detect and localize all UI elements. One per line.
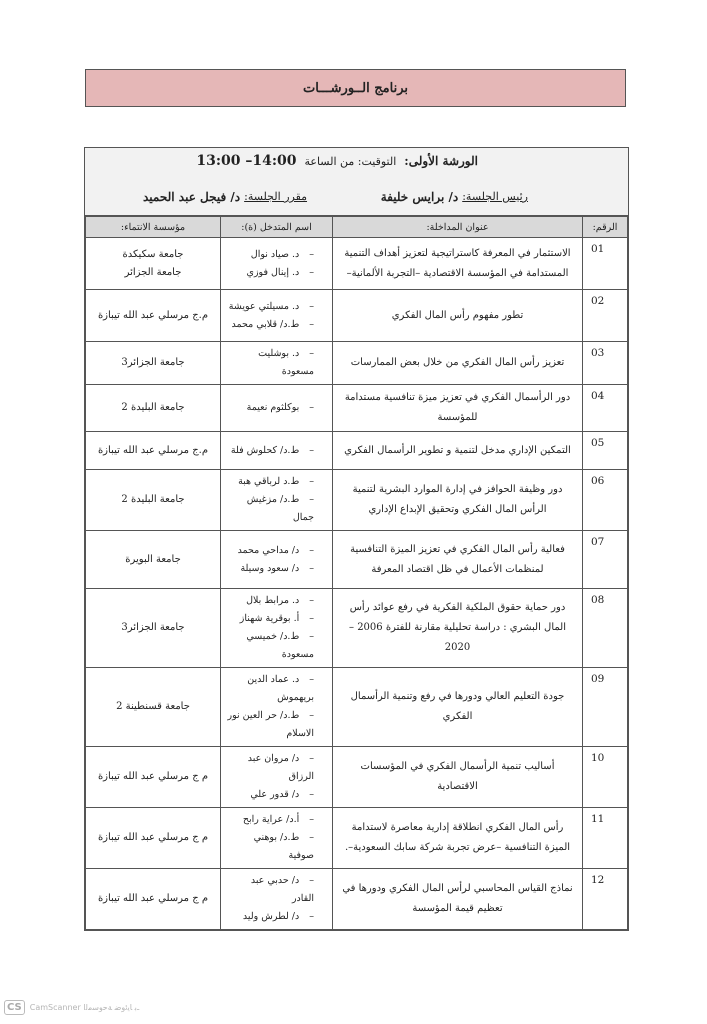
speaker-name: أ.د/ عراية رابح [227, 811, 326, 829]
institution-name: جامعة قسنطينة 2 [92, 698, 214, 716]
institution-cell: جامعة البليدة 2 [86, 385, 221, 432]
row-number: 07 [583, 531, 628, 589]
workshop-sheet: الورشة الأولى: التوقيت: من الساعة 13:00 … [84, 147, 629, 931]
speaker-name: ط.د/ قلابي محمد [227, 316, 326, 334]
chair-name: د/ برايس خليفة [381, 190, 459, 204]
speaker-name: د. بوشليت مسعودة [227, 345, 326, 381]
table-row: 11رأس المال الفكري انطلاقة إدارية معاصرة… [86, 808, 628, 869]
institution-cell: م ج مرسلي عبد الله تيبازة [86, 808, 221, 869]
speaker-name: د. مرابط بلال [227, 592, 326, 610]
table-row: 06دور وظيفة الحوافز في إدارة الموارد الب… [86, 470, 628, 531]
header-institution: مؤسسة الانتماء: [86, 217, 221, 238]
row-number: 06 [583, 470, 628, 531]
institution-name: جامعة سكيكدة [92, 246, 214, 264]
speaker-name: د. إينال فوزي [227, 264, 326, 282]
program-table: الرقم: عنوان المداخلة: اسم المتدخل (ة): … [85, 216, 628, 930]
talk-title: الاستثمار في المعرفة كاستراتيجية لتعزيز … [333, 238, 583, 290]
speaker-name: د. صياد نوال [227, 246, 326, 264]
session-chair: رئيس الجلسة: د/ برايس خليفة [381, 190, 528, 204]
camscanner-logo-icon: CS [4, 1000, 25, 1015]
table-body: 01الاستثمار في المعرفة كاستراتيجية لتعزي… [86, 238, 628, 930]
row-number: 04 [583, 385, 628, 432]
talk-title: تطور مفهوم رأس المال الفكري [333, 290, 583, 342]
institution-cell: جامعة سكيكدةجامعة الجزائر [86, 238, 221, 290]
table-row: 04دور الرأسمال الفكري في تعزيز ميزة تناف… [86, 385, 628, 432]
talk-title: أساليب تنمية الرأسمال الفكري في المؤسسات… [333, 747, 583, 808]
talk-title: دور حماية حقوق الملكية الفكرية في رفع عو… [333, 589, 583, 668]
institution-name: م ج مرسلي عبد الله تيبازة [92, 890, 214, 908]
institution-name: جامعة البليدة 2 [92, 491, 214, 509]
table-row: 12نماذج القياس المحاسبي لرأس المال الفكر… [86, 869, 628, 930]
institution-cell: م ج مرسلي عبد الله تيبازة [86, 869, 221, 930]
table-row: 01الاستثمار في المعرفة كاستراتيجية لتعزي… [86, 238, 628, 290]
row-number: 10 [583, 747, 628, 808]
talk-title: جودة التعليم العالي ودورها في رفع وتنمية… [333, 668, 583, 747]
institution-name: م.ج مرسلي عبد الله تيبازة [92, 442, 214, 460]
speakers-cell: د. صياد نوالد. إينال فوزي [221, 238, 333, 290]
institution-cell: جامعة الجزائر3 [86, 589, 221, 668]
session-rapporteur: مقرر الجلسة: د/ فيجل عبد الحميد [143, 190, 307, 204]
session-line: الورشة الأولى: التوقيت: من الساعة 13:00 … [196, 153, 478, 169]
talk-title: التمكين الإداري مدخل لتنمية و تطوير الرأ… [333, 432, 583, 470]
speaker-name: ط.د/ مزغيش جمال [227, 491, 326, 527]
header-speaker: اسم المتدخل (ة): [221, 217, 333, 238]
row-number: 12 [583, 869, 628, 930]
speaker-name: د/ سعود وسيلة [227, 560, 326, 578]
institution-name: م ج مرسلي عبد الله تيبازة [92, 768, 214, 786]
session-time: 13:00 –14:00 [196, 153, 296, 169]
speaker-name: بوكلثوم نعيمة [227, 399, 326, 417]
speaker-name: د. عماد الدين بريهموش [227, 671, 326, 707]
speaker-name: د/ قدور علي [227, 786, 326, 804]
speaker-name: د/ مروان عبد الرزاق [227, 750, 326, 786]
institution-cell: جامعة البويرة [86, 531, 221, 589]
row-number: 08 [583, 589, 628, 668]
table-row: 10أساليب تنمية الرأسمال الفكري في المؤسس… [86, 747, 628, 808]
row-number: 05 [583, 432, 628, 470]
speakers-cell: أ.د/ عراية رابحط.د/ بوهني صوفية [221, 808, 333, 869]
rapporteur-label: مقرر الجلسة: [244, 190, 307, 204]
speakers-cell: د. عماد الدين بريهموشط.د/ حر العين نور ا… [221, 668, 333, 747]
speaker-name: ط.د/ حر العين نور الاسلام [227, 707, 326, 743]
chair-label: رئيس الجلسة: [462, 190, 528, 204]
talk-title: دور الرأسمال الفكري في تعزيز ميزة تنافسي… [333, 385, 583, 432]
row-number: 11 [583, 808, 628, 869]
row-number: 09 [583, 668, 628, 747]
talk-title: تعزيز رأس المال الفكري من خلال بعض المما… [333, 342, 583, 385]
scanner-watermark: CS CamScanner ـﺑ ﺎﯾﺋوﺿ ﺔﺣوﺳﻣﻟا [4, 1000, 139, 1015]
speakers-cell: د. بوشليت مسعودة [221, 342, 333, 385]
row-number: 03 [583, 342, 628, 385]
institution-cell: م.ج مرسلي عبد الله تيبازة [86, 290, 221, 342]
header-number: الرقم: [583, 217, 628, 238]
speaker-name: د. مسيلتي عويشة [227, 298, 326, 316]
institution-cell: جامعة الجزائر3 [86, 342, 221, 385]
speaker-name: أ. بوقرية شهناز [227, 610, 326, 628]
talk-title: دور وظيفة الحوافز في إدارة الموارد البشر… [333, 470, 583, 531]
speakers-cell: د/ مروان عبد الرزاقد/ قدور علي [221, 747, 333, 808]
institution-name: جامعة البليدة 2 [92, 399, 214, 417]
institution-name: جامعة البويرة [92, 551, 214, 569]
session-header: الورشة الأولى: التوقيت: من الساعة 13:00 … [85, 148, 628, 216]
table-row: 03تعزيز رأس المال الفكري من خلال بعض الم… [86, 342, 628, 385]
row-number: 02 [583, 290, 628, 342]
institution-cell: م ج مرسلي عبد الله تيبازة [86, 747, 221, 808]
speakers-cell: د/ مداحي محمدد/ سعود وسيلة [221, 531, 333, 589]
talk-title: نماذج القياس المحاسبي لرأس المال الفكري … [333, 869, 583, 930]
table-row: 02تطور مفهوم رأس المال الفكريد. مسيلتي ع… [86, 290, 628, 342]
document-title: برنامج الــورشـــات [85, 69, 626, 107]
speakers-cell: ط.د/ كحلوش فلة [221, 432, 333, 470]
speakers-cell: د. مسيلتي عويشةط.د/ قلابي محمد [221, 290, 333, 342]
talk-title: رأس المال الفكري انطلاقة إدارية معاصرة ل… [333, 808, 583, 869]
speaker-name: ط.د لرباقي هبة [227, 473, 326, 491]
speaker-name: ط.د/ خميسي مسعودة [227, 628, 326, 664]
speaker-name: د/ مداحي محمد [227, 542, 326, 560]
institution-name: م.ج مرسلي عبد الله تيبازة [92, 307, 214, 325]
speakers-cell: ط.د لرباقي هبةط.د/ مزغيش جمال [221, 470, 333, 531]
institution-cell: م.ج مرسلي عبد الله تيبازة [86, 432, 221, 470]
institution-name: جامعة الجزائر [92, 264, 214, 282]
time-label: التوقيت: من الساعة [304, 155, 396, 168]
institution-name: جامعة الجزائر3 [92, 354, 214, 372]
speakers-cell: بوكلثوم نعيمة [221, 385, 333, 432]
speakers-cell: د/ حدبي عبد القادرد/ لطرش وليد [221, 869, 333, 930]
speaker-name: ط.د/ بوهني صوفية [227, 829, 326, 865]
institution-name: م ج مرسلي عبد الله تيبازة [92, 829, 214, 847]
institution-name: جامعة الجزائر3 [92, 619, 214, 637]
table-row: 08دور حماية حقوق الملكية الفكرية في رفع … [86, 589, 628, 668]
institution-cell: جامعة البليدة 2 [86, 470, 221, 531]
table-row: 09جودة التعليم العالي ودورها في رفع وتنم… [86, 668, 628, 747]
institution-cell: جامعة قسنطينة 2 [86, 668, 221, 747]
session-name: الورشة الأولى: [404, 154, 478, 168]
watermark-text: CamScanner ـﺑ ﺎﯾﺋوﺿ ﺔﺣوﺳﻣﻟا [30, 1003, 140, 1012]
table-row: 05التمكين الإداري مدخل لتنمية و تطوير ال… [86, 432, 628, 470]
header-title: عنوان المداخلة: [333, 217, 583, 238]
row-number: 01 [583, 238, 628, 290]
talk-title: فعالية رأس المال الفكري في تعزيز الميزة … [333, 531, 583, 589]
table-header-row: الرقم: عنوان المداخلة: اسم المتدخل (ة): … [86, 217, 628, 238]
speaker-name: د/ لطرش وليد [227, 908, 326, 926]
speaker-name: ط.د/ كحلوش فلة [227, 442, 326, 460]
speakers-cell: د. مرابط بلالأ. بوقرية شهنازط.د/ خميسي م… [221, 589, 333, 668]
table-row: 07فعالية رأس المال الفكري في تعزيز الميز… [86, 531, 628, 589]
speaker-name: د/ حدبي عبد القادر [227, 872, 326, 908]
rapporteur-name: د/ فيجل عبد الحميد [143, 190, 240, 204]
